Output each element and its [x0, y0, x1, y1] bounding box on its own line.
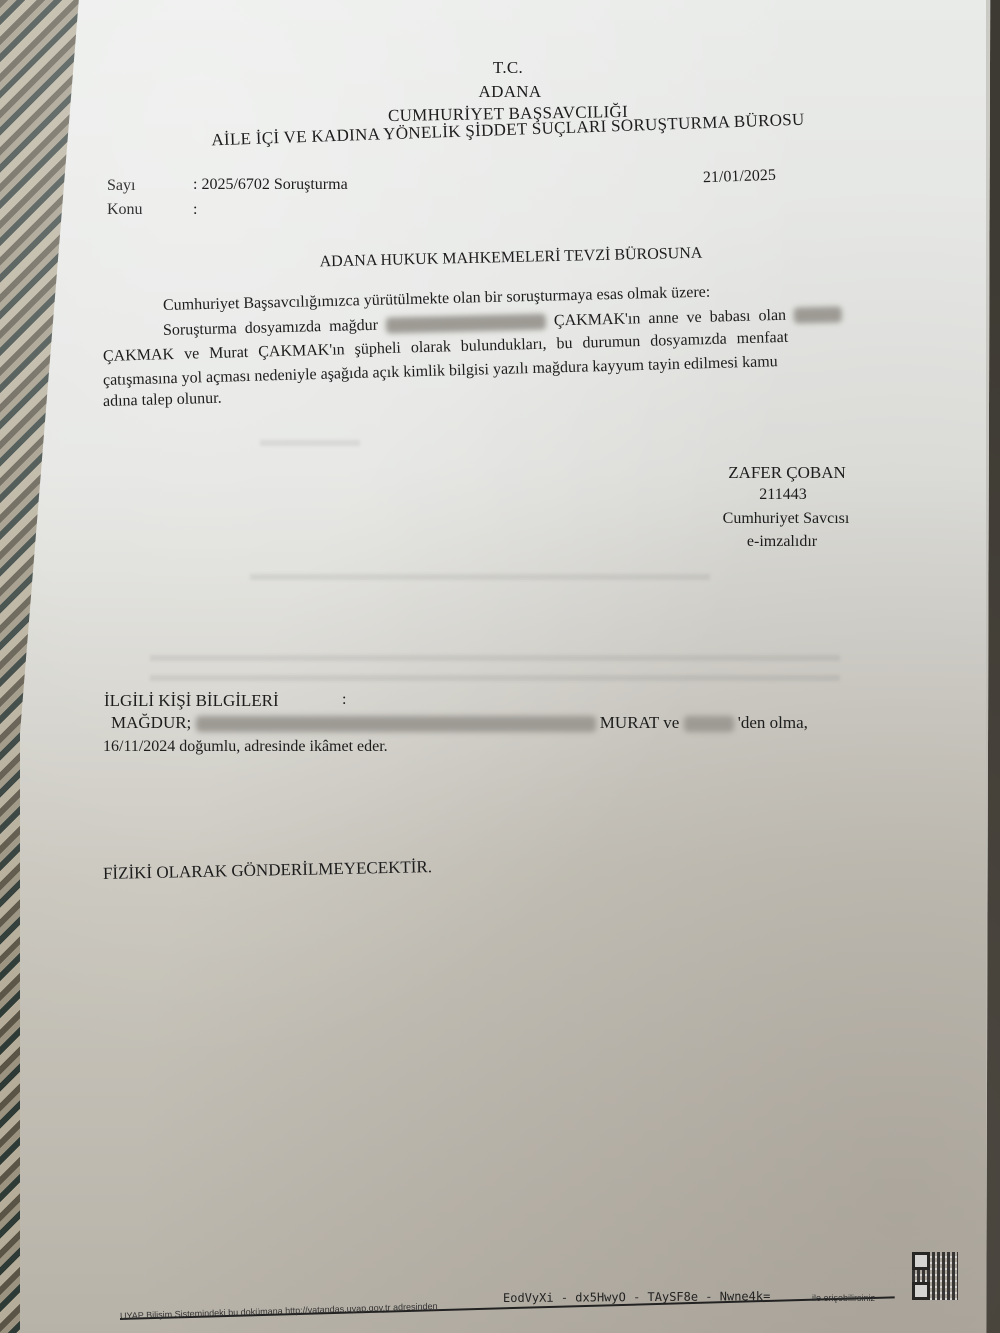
verification-code: EodVyXi - dx5HwyO - TAySF8e - Nwne4k= [503, 1289, 770, 1305]
bleed-through-text [260, 440, 360, 446]
header-city: ADANA [479, 82, 542, 102]
qr-code-icon [912, 1252, 958, 1300]
page-edge [986, 0, 1000, 1333]
redacted-victim-details [196, 716, 596, 732]
birth-line: 16/11/2024 doğumlu, adresinde ikâmet ede… [103, 738, 388, 756]
sayi-label: Sayı [107, 177, 135, 195]
bleed-through-text [150, 655, 840, 661]
document-page [20, 0, 1000, 1333]
konu-label: Konu [107, 201, 143, 219]
signer-id: 211443 [759, 486, 806, 504]
document-date: 21/01/2025 [703, 167, 776, 188]
victim-father: MURAT ve [600, 713, 680, 732]
victim-suffix: 'den olma, [738, 713, 808, 732]
signer-name: ZAFER ÇOBAN [728, 463, 846, 483]
person-info-label: İLGİLİ KİŞİ BİLGİLERİ [104, 691, 279, 711]
redacted-mother-name [684, 716, 734, 732]
bleed-through-text [150, 675, 840, 681]
redacted-name [386, 314, 546, 334]
sayi-value: : 2025/6702 Soruşturma [193, 176, 348, 194]
victim-prefix: MAĞDUR; [111, 713, 191, 732]
bleed-through-text [250, 574, 710, 580]
person-info-colon: : [342, 691, 346, 709]
redacted-name [794, 307, 842, 324]
body-line-5: adına talep olunur. [103, 390, 222, 411]
signature-note: e-imzalıdır [747, 533, 817, 551]
footer-text-right: ile erişebilirsiniz [812, 1293, 875, 1303]
konu-value: : [193, 201, 197, 219]
victim-line: MAĞDUR; MURAT ve 'den olma, [111, 713, 808, 733]
header-tc: T.C. [493, 58, 523, 78]
signer-title: Cumhuriyet Savcısı [723, 510, 850, 528]
